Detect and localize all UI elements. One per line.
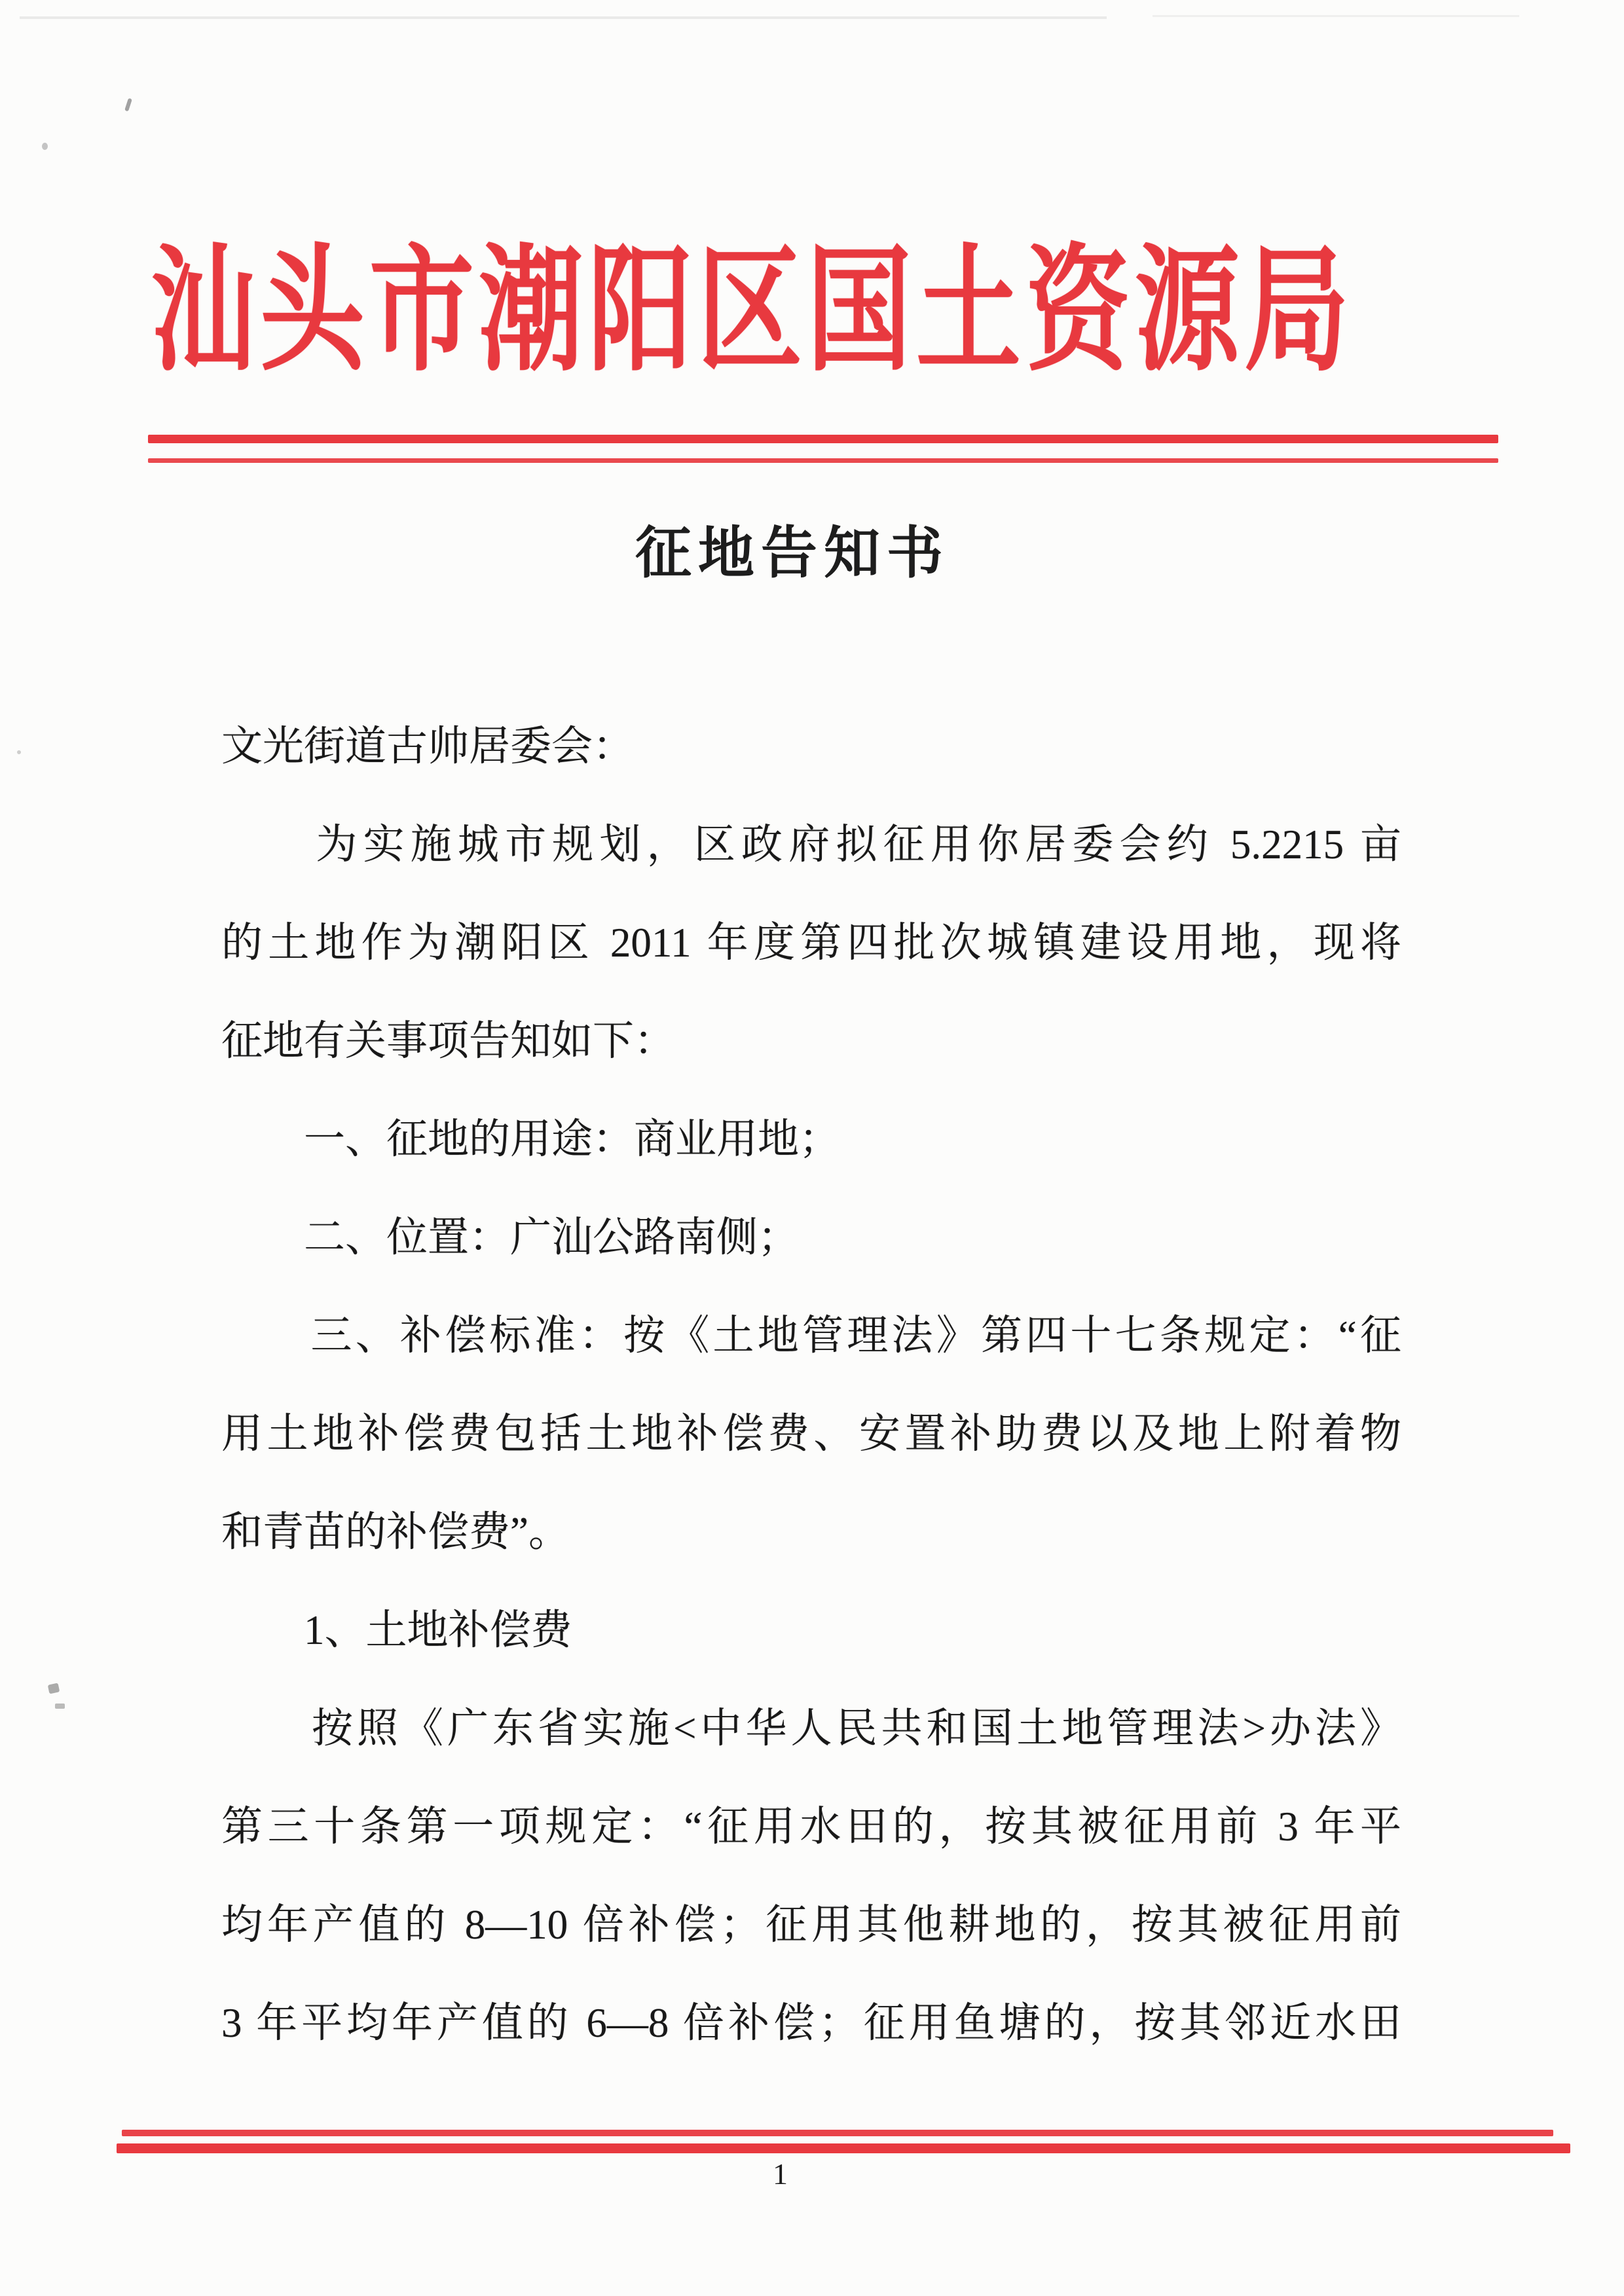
body-line: 1、土地补偿费 bbox=[221, 1581, 1401, 1679]
body-line: 3 年平均年产值的 6—8 倍补偿；征用鱼塘的，按其邻近水田 bbox=[221, 1974, 1401, 2072]
page-number: 1 bbox=[773, 2159, 788, 2189]
document-body: 文光街道古帅居委会： 为实施城市规划，区政府拟征用你居委会约 5.2215 亩的… bbox=[221, 697, 1401, 2072]
document-title: 征地告知书 bbox=[635, 522, 950, 585]
body-line: 的土地作为潮阳区 2011 年度第四批次城镇建设用地，现将 bbox=[221, 894, 1401, 992]
body-line: 文光街道古帅居委会： bbox=[221, 697, 1401, 795]
scanned-document-page: 汕头市潮阳区国土资源局 征地告知书 文光街道古帅居委会： 为实施城市规划，区政府… bbox=[0, 0, 1624, 2296]
body-line: 第三十条第一项规定：“征用水田的，按其被征用前 3 年平 bbox=[221, 1777, 1401, 1876]
header-rule-thin bbox=[148, 458, 1498, 463]
scan-artifact bbox=[17, 750, 21, 754]
scan-artifact bbox=[55, 1704, 65, 1709]
body-line: 用土地补偿费包括土地补偿费、安置补助费以及地上附着物 bbox=[221, 1385, 1401, 1483]
agency-name: 汕头市潮阳区国土资源局 bbox=[151, 244, 1349, 380]
body-line: 均年产值的 8—10 倍补偿；征用其他耕地的，按其被征用前 bbox=[221, 1876, 1401, 1974]
footer-rule-thick bbox=[117, 2143, 1570, 2153]
scan-artifact bbox=[20, 16, 1107, 19]
body-line: 二、位置：广汕公路南侧； bbox=[221, 1188, 1401, 1286]
body-line: 按照《广东省实施<中华人民共和国土地管理法>办法》 bbox=[221, 1679, 1401, 1777]
header-rule-thick bbox=[148, 435, 1498, 443]
footer-rule-thin bbox=[122, 2130, 1553, 2136]
body-line: 为实施城市规划，区政府拟征用你居委会约 5.2215 亩 bbox=[221, 795, 1401, 894]
body-line: 一、征地的用途：商业用地； bbox=[221, 1090, 1401, 1188]
scan-artifact bbox=[1153, 15, 1519, 17]
scan-artifact bbox=[124, 98, 132, 112]
body-line: 和青苗的补偿费”。 bbox=[221, 1483, 1401, 1581]
scan-artifact bbox=[42, 143, 48, 150]
body-line: 三、补偿标准：按《土地管理法》第四十七条规定：“征 bbox=[221, 1286, 1401, 1385]
scan-artifact bbox=[48, 1683, 60, 1694]
body-line: 征地有关事项告知如下： bbox=[221, 992, 1401, 1090]
